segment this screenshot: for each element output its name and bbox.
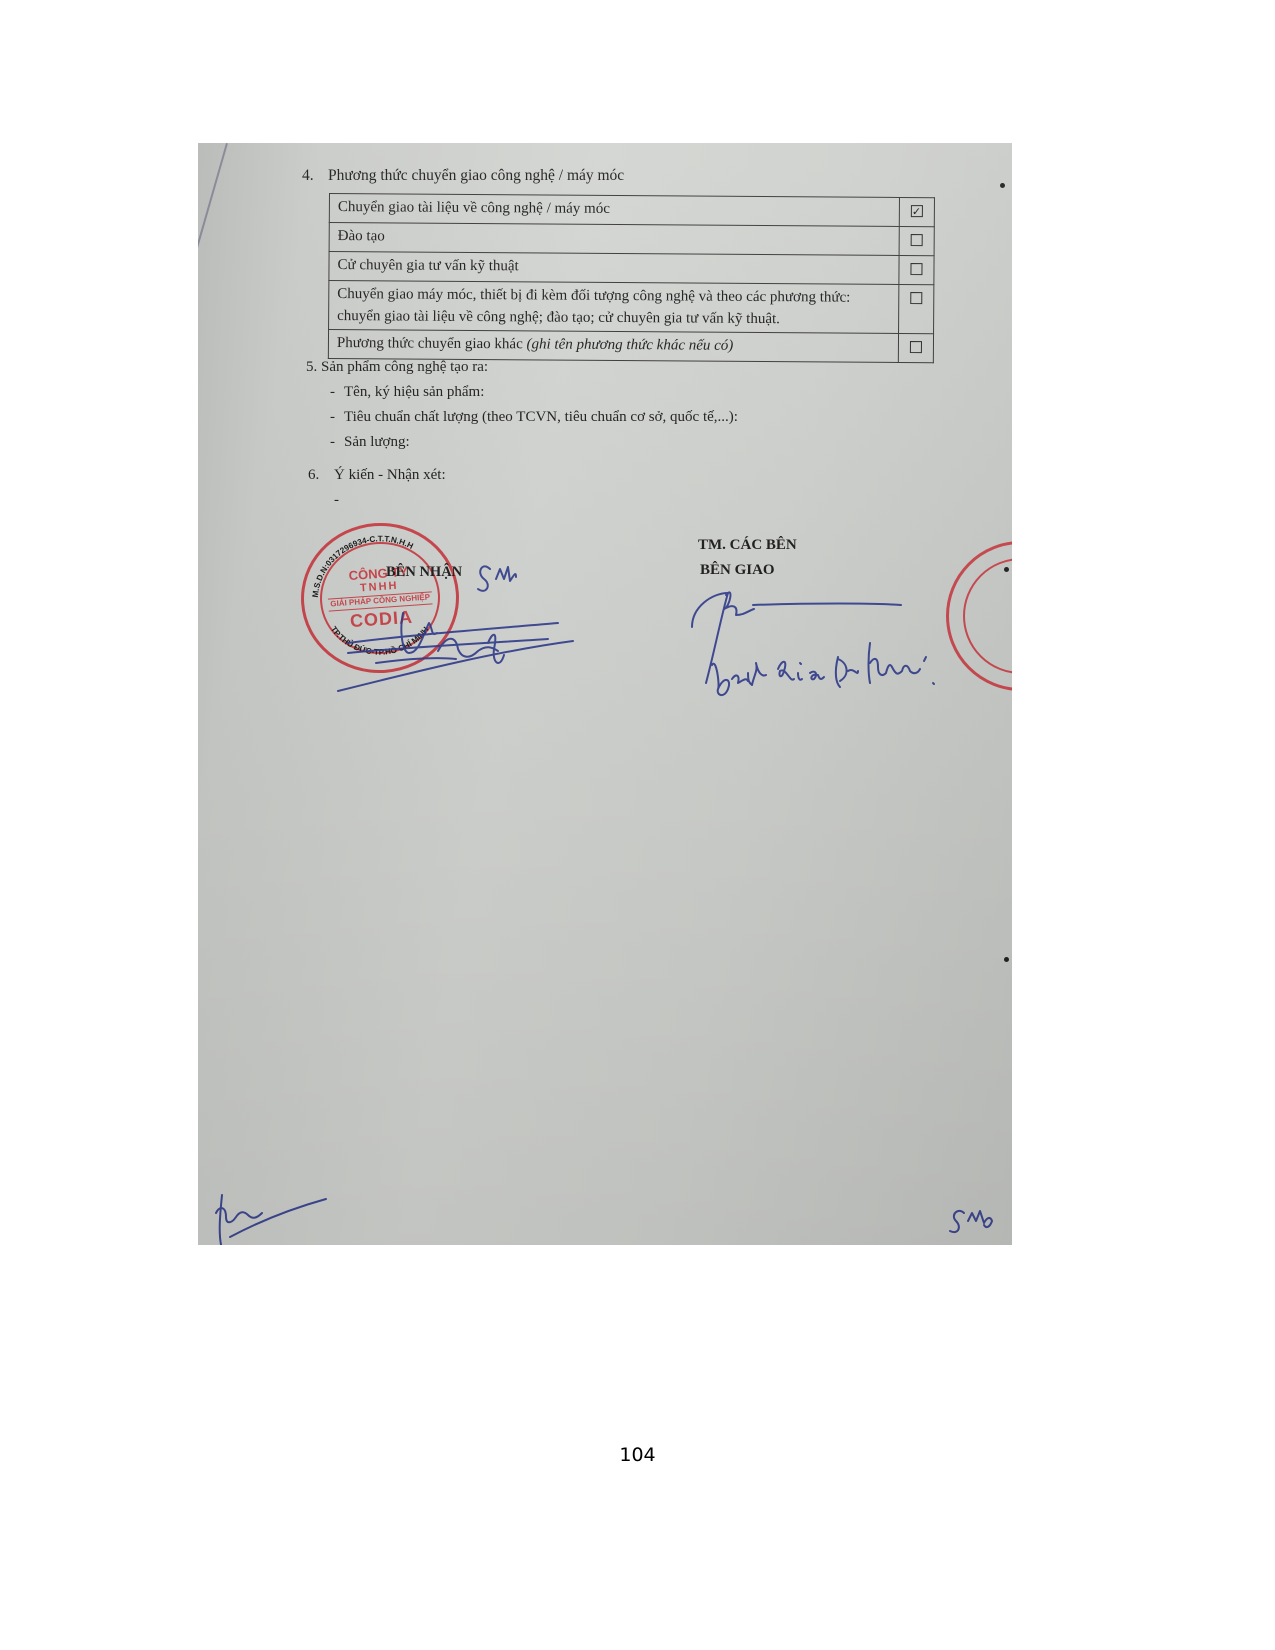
transferor-label: BÊN GIAO	[700, 562, 775, 579]
transfer-methods-table: Chuyển giao tài liệu về công nghệ / máy …	[328, 193, 935, 363]
comment-line: -	[308, 488, 446, 513]
receiver-label: BÊN NHẬN	[386, 564, 462, 581]
company-stamp-left: M.S.D.N:0317296934-C.T.T.N.H.H TP.THỦ ĐỨ…	[296, 518, 464, 679]
checked-checkbox-icon[interactable]	[911, 205, 923, 217]
section-4-heading: 4.Phương thức chuyển giao công nghệ / má…	[302, 167, 624, 185]
table-row: Chuyển giao tài liệu về công nghệ / máy …	[329, 194, 934, 227]
dust-speck	[1000, 183, 1005, 188]
svg-text:TP.THỦ ĐỨC-TP.HỒ CHÍ MINH: TP.THỦ ĐỨC-TP.HỒ CHÍ MINH	[329, 618, 433, 660]
table-row: Đào tạo	[329, 223, 934, 256]
empty-checkbox-icon[interactable]	[910, 341, 922, 353]
method-checkbox-cell	[899, 284, 934, 333]
section-4-number: 4.	[302, 167, 328, 185]
empty-checkbox-icon[interactable]	[910, 292, 922, 304]
scanned-document-photo: 4.Phương thức chuyển giao công nghệ / má…	[198, 143, 1012, 1245]
empty-checkbox-icon[interactable]	[910, 263, 922, 275]
list-item-text: Sản lượng:	[344, 434, 410, 450]
document-body: 4.Phương thức chuyển giao công nghệ / má…	[198, 143, 1012, 1245]
section-6-heading: 6.Ý kiến - Nhận xét:	[308, 463, 446, 488]
table-row: Chuyển giao máy móc, thiết bị đi kèm đối…	[329, 281, 934, 334]
method-checkbox-cell	[899, 255, 934, 284]
bullet-dash: -	[330, 405, 344, 430]
empty-checkbox-icon[interactable]	[911, 234, 923, 246]
parties-label: TM. CÁC BÊN	[698, 537, 797, 554]
bullet-dash: -	[330, 380, 344, 405]
section-4-title: Phương thức chuyển giao công nghệ / máy …	[328, 167, 624, 184]
method-label-text: Phương thức chuyển giao khác	[337, 335, 527, 352]
dust-speck	[1004, 567, 1009, 572]
list-item: -Tên, ký hiệu sản phẩm:	[306, 380, 738, 405]
list-item: -Tiêu chuẩn chất lượng (theo TCVN, tiêu …	[306, 405, 738, 430]
list-item-text: Tên, ký hiệu sản phẩm:	[344, 384, 484, 400]
section-6: 6.Ý kiến - Nhận xét: -	[308, 463, 446, 513]
dust-speck	[1004, 957, 1009, 962]
section-5: 5. Sản phẩm công nghệ tạo ra: -Tên, ký h…	[306, 355, 738, 455]
method-label: Cử chuyên gia tư vấn kỹ thuật	[329, 252, 899, 285]
section-6-title: Ý kiến - Nhận xét:	[334, 467, 446, 483]
list-item: -Sản lượng:	[306, 430, 738, 455]
method-checkbox-cell	[898, 333, 933, 362]
stamp-ring-text: M.S.D.N:0317296934-C.T.T.N.H.H TP.THỦ ĐỨ…	[299, 521, 461, 676]
list-item-text: Tiêu chuẩn chất lượng (theo TCVN, tiêu c…	[344, 409, 738, 425]
method-label: Chuyển giao máy móc, thiết bị đi kèm đối…	[329, 281, 899, 334]
method-label-note: (ghi tên phương thức khác nếu có)	[526, 336, 733, 353]
bullet-dash: -	[330, 430, 344, 455]
method-checkbox-cell	[899, 197, 934, 226]
section-6-number: 6.	[308, 463, 334, 488]
method-label: Chuyển giao tài liệu về công nghệ / máy …	[329, 194, 899, 227]
page-number: 104	[0, 1444, 1275, 1466]
method-label: Đào tạo	[329, 223, 899, 256]
section-5-heading: 5. Sản phẩm công nghệ tạo ra:	[306, 355, 738, 380]
company-stamp-right-partial	[946, 541, 1012, 691]
method-checkbox-cell	[899, 226, 934, 255]
table-row: Cử chuyên gia tư vấn kỹ thuật	[329, 252, 934, 285]
